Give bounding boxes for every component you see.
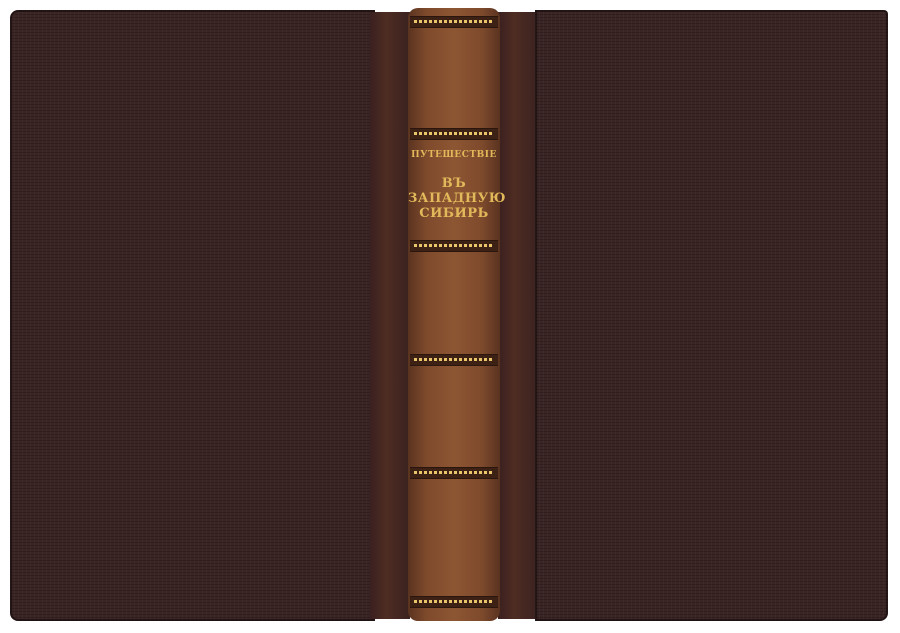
gilt-band [410,128,498,140]
gilt-band [410,240,498,252]
leather-spine [408,8,500,621]
gilt-band [410,596,498,608]
front-board [535,10,888,621]
back-board [10,10,375,621]
right-leather-hinge [498,12,538,619]
spine-title-line-1: ПУТЕШЕСТВІЕ [408,150,500,160]
left-leather-hinge [370,12,410,619]
spine-title-line-2: ВЪ ЗАПАДНУЮ [408,176,500,206]
gilt-band [410,354,498,366]
gilt-band [410,16,498,28]
gilt-band [410,467,498,479]
spine-title-line-3: СИБИРЬ [408,206,500,221]
